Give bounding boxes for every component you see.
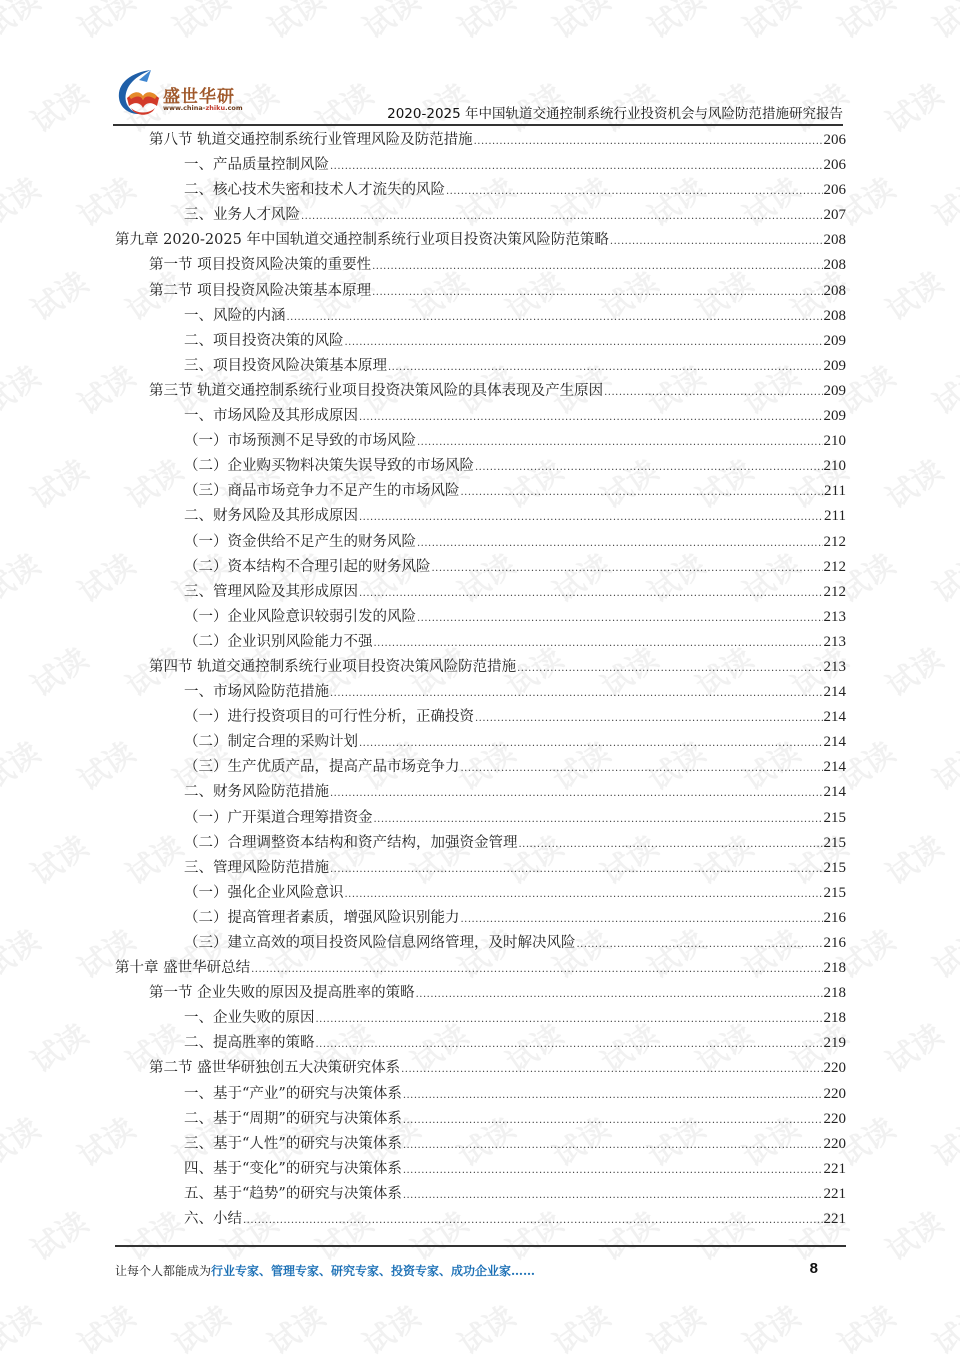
toc-entry-label: （一）进行投资项目的可行性分析，正确投资 [184,705,474,730]
toc-entry-page: 213 [824,655,847,680]
toc-leader-dots [517,656,822,681]
toc-entry-page: 209 [824,379,847,404]
document-page: 盛世华研 www.china-zhiku.com 2020-2025 年中国轨道… [0,0,960,1357]
page-header: 盛世华研 www.china-zhiku.com 2020-2025 年中国轨道… [113,64,843,126]
toc-entry[interactable]: 一、市场风险防范措施214 [115,680,846,705]
toc-entry-page: 209 [824,354,847,379]
toc-entry-page: 218 [824,956,847,981]
toc-leader-dots [345,882,823,907]
toc-entry[interactable]: （一）资金供给不足产生的财务风险212 [115,530,846,555]
toc-entry-label: （三）商品市场竞争力不足产生的市场风险 [184,479,460,504]
toc-entry-page: 215 [824,806,847,831]
toc-entry-page: 221 [824,1157,847,1182]
toc-leader-dots [301,204,823,229]
toc-leader-dots [403,1183,823,1208]
page-number: 8 [810,1260,818,1277]
toc-leader-dots [403,1133,823,1158]
logo-url-highlight: zhiku [206,104,226,112]
toc-entry-label: 四、基于“变化”的研究与决策体系 [184,1157,402,1182]
toc-entry-page: 214 [824,755,847,780]
toc-entry-label: 一、基于“产业”的研究与决策体系 [184,1082,402,1107]
toc-entry[interactable]: 三、项目投资风险决策基本原理209 [115,354,846,379]
toc-entry-page: 212 [824,580,847,605]
toc-leader-dots [316,1032,823,1057]
company-logo: 盛世华研 www.china-zhiku.com [113,68,248,118]
toc-leader-dots [461,907,823,932]
toc-leader-dots [374,807,823,832]
toc-entry[interactable]: 二、财务风险及其形成原因211 [115,504,846,529]
footer-divider [115,1245,846,1247]
toc-leader-dots [604,380,822,405]
toc-entry-page: 211 [824,504,846,529]
toc-leader-dots [519,832,823,857]
toc-entry[interactable]: 一、产品质量控制风险206 [115,153,846,178]
toc-entry[interactable]: （二）提高管理者素质，增强风险识别能力216 [115,906,846,931]
logo-url-prefix: www.china- [163,104,206,112]
toc-leader-dots [475,706,823,731]
toc-entry-label: 五、基于“趋势”的研究与决策体系 [184,1182,402,1207]
toc-entry[interactable]: 第二节 盛世华研独创五大决策研究体系220 [115,1056,846,1081]
toc-leader-dots [330,781,823,806]
logo-url: www.china-zhiku.com [163,104,243,112]
toc-leader-dots [417,531,823,556]
toc-leader-dots [330,681,823,706]
toc-leader-dots [474,129,823,154]
toc-entry-page: 207 [824,203,847,228]
toc-entry[interactable]: 三、业务人才风险207 [115,203,846,228]
toc-leader-dots [316,1007,823,1032]
toc-entry-label: 第四节 轨道交通控制系统行业项目投资决策风险防范措施 [149,655,516,680]
toc-entry-label: （一）企业风险意识较弱引发的风险 [184,605,416,630]
logo-url-suffix: .com [225,104,243,112]
toc-entry-page: 209 [824,329,847,354]
toc-entry-label: 三、管理风险防范措施 [184,856,329,881]
footer-slogan-prefix: 让每个人都能成为 [115,1264,211,1278]
toc-entry-label: （一）强化企业风险意识 [184,881,344,906]
toc-entry-page: 218 [824,1006,847,1031]
toc-leader-dots [416,982,823,1007]
toc-entry-page: 214 [824,680,847,705]
toc-entry[interactable]: （一）企业风险意识较弱引发的风险213 [115,605,846,630]
toc-leader-dots [388,355,823,380]
toc-entry-page: 208 [824,228,847,253]
toc-entry-page: 212 [824,555,847,580]
toc-leader-dots [359,505,823,530]
toc-entry[interactable]: 二、基于“周期”的研究与决策体系220 [115,1107,846,1132]
toc-entry-page: 220 [824,1107,847,1132]
toc-entry-label: （三）生产优质产品，提高产品市场竞争力 [184,755,460,780]
toc-entry-page: 209 [824,404,847,429]
toc-leader-dots [417,430,823,455]
toc-entry[interactable]: （一）市场预测不足导致的市场风险210 [115,429,846,454]
toc-entry-label: 二、项目投资决策的风险 [184,329,344,354]
toc-entry-label: 三、管理风险及其形成原因 [184,580,358,605]
toc-entry-label: 三、基于“人性”的研究与决策体系 [184,1132,402,1157]
toc-entry-label: 第二节 项目投资风险决策基本原理 [149,279,371,304]
toc-entry-page: 208 [824,304,847,329]
footer-slogan-highlight: 行业专家、管理专家、研究专家、投资专家、成功企业家…… [211,1264,535,1278]
toc-entry-page: 219 [824,1031,847,1056]
toc-entry-label: 一、市场风险及其形成原因 [184,404,358,429]
toc-entry-label: （二）制定合理的采购计划 [184,730,358,755]
toc-entry-label: （一）广开渠道合理筹措资金 [184,806,373,831]
toc-entry[interactable]: （一）进行投资项目的可行性分析，正确投资214 [115,705,846,730]
toc-entry-page: 220 [824,1082,847,1107]
toc-entry-page: 208 [824,279,847,304]
toc-entry[interactable]: （三）生产优质产品，提高产品市场竞争力214 [115,755,846,780]
toc-leader-dots [372,280,822,305]
toc-leader-dots [461,756,823,781]
logo-book-icon [113,68,163,118]
toc-entry-page: 221 [824,1182,847,1207]
toc-entry-label: 三、业务人才风险 [184,203,300,228]
toc-entry[interactable]: 第三节 轨道交通控制系统行业项目投资决策风险的具体表现及产生原因209 [115,379,846,404]
toc-entry-label: 第二节 盛世华研独创五大决策研究体系 [149,1056,400,1081]
toc-leader-dots [243,1208,823,1233]
toc-entry-page: 215 [824,831,847,856]
toc-entry-page: 215 [824,856,847,881]
toc-entry[interactable]: （二）合理调整资本结构和资产结构，加强资金管理215 [115,831,846,856]
toc-entry[interactable]: （二）企业购买物料决策失误导致的市场风险210 [115,454,846,479]
toc-entry[interactable]: （二）制定合理的采购计划214 [115,730,846,755]
toc-entry[interactable]: 第九章 2020-2025 年中国轨道交通控制系统行业项目投资决策风险防范策略2… [115,228,846,253]
toc-entry-page: 216 [824,906,847,931]
toc-entry-label: （二）资本结构不合理引起的财务风险 [184,555,431,580]
toc-entry[interactable]: 一、市场风险及其形成原因209 [115,404,846,429]
footer-slogan: 让每个人都能成为行业专家、管理专家、研究专家、投资专家、成功企业家…… [115,1262,535,1279]
toc-entry[interactable]: 二、提高胜率的策略219 [115,1031,846,1056]
toc-leader-dots [610,229,823,254]
toc-entry[interactable]: 一、风险的内涵208 [115,304,846,329]
header-divider [113,124,843,126]
toc-entry[interactable]: 第八节 轨道交通控制系统行业管理风险及防范措施206 [115,128,846,153]
toc-entry-page: 220 [824,1056,847,1081]
toc-leader-dots [403,1158,823,1183]
toc-leader-dots [359,405,823,430]
toc-entry-label: （三）建立高效的项目投资风险信息网络管理，及时解决风险 [184,931,576,956]
toc-leader-dots [432,556,823,581]
toc-entry-label: 一、风险的内涵 [184,304,286,329]
toc-entry-label: 第一节 项目投资风险决策的重要性 [149,253,371,278]
toc-entry-page: 215 [824,881,847,906]
toc-entry[interactable]: （二）企业识别风险能力不强213 [115,630,846,655]
toc-leader-dots [251,957,822,982]
toc-entry-label: （一）市场预测不足导致的市场风险 [184,429,416,454]
toc-entry[interactable]: 第一节 项目投资风险决策的重要性208 [115,253,846,278]
toc-entry[interactable]: 二、核心技术失密和技术人才流失的风险206 [115,178,846,203]
toc-entry-label: 第十章 盛世华研总结 [115,956,250,981]
toc-entry[interactable]: 三、管理风险防范措施215 [115,856,846,881]
toc-entry-page: 216 [824,931,847,956]
toc-entry-page: 210 [824,429,847,454]
toc-entry-label: （二）合理调整资本结构和资产结构，加强资金管理 [184,831,518,856]
toc-entry-page: 213 [824,630,847,655]
toc-entry-label: 二、基于“周期”的研究与决策体系 [184,1107,402,1132]
toc-leader-dots [330,857,823,882]
toc-leader-dots [577,932,823,957]
toc-entry-label: 第八节 轨道交通控制系统行业管理风险及防范措施 [149,128,473,153]
table-of-contents: 第八节 轨道交通控制系统行业管理风险及防范措施206一、产品质量控制风险206二… [115,128,846,1232]
toc-entry-page: 218 [824,981,847,1006]
toc-entry[interactable]: 六、小结221 [115,1207,846,1232]
toc-entry-page: 210 [824,454,847,479]
toc-entry-page: 206 [824,128,847,153]
toc-leader-dots [475,455,823,480]
toc-entry-page: 206 [824,153,847,178]
toc-leader-dots [359,731,823,756]
toc-entry[interactable]: 三、基于“人性”的研究与决策体系220 [115,1132,846,1157]
toc-entry[interactable]: （一）强化企业风险意识215 [115,881,846,906]
toc-entry-label: （二）企业识别风险能力不强 [184,630,373,655]
toc-entry[interactable]: 四、基于“变化”的研究与决策体系221 [115,1157,846,1182]
toc-entry-label: 二、财务风险防范措施 [184,780,329,805]
toc-entry-label: 一、市场风险防范措施 [184,680,329,705]
toc-entry-page: 214 [824,730,847,755]
toc-leader-dots [417,606,823,631]
toc-entry-label: （二）提高管理者素质，增强风险识别能力 [184,906,460,931]
toc-entry-page: 211 [824,479,846,504]
toc-entry-label: 二、财务风险及其形成原因 [184,504,358,529]
toc-entry-page: 206 [824,178,847,203]
toc-entry-label: 六、小结 [184,1207,242,1232]
toc-leader-dots [359,581,823,606]
toc-entry[interactable]: （三）建立高效的项目投资风险信息网络管理，及时解决风险216 [115,931,846,956]
toc-entry[interactable]: 第一节 企业失败的原因及提高胜率的策略218 [115,981,846,1006]
toc-entry[interactable]: （二）资本结构不合理引起的财务风险212 [115,555,846,580]
toc-entry-label: 一、企业失败的原因 [184,1006,315,1031]
toc-leader-dots [461,480,824,505]
toc-entry-page: 221 [824,1207,847,1232]
page-footer: 让每个人都能成为行业专家、管理专家、研究专家、投资专家、成功企业家…… 8 [115,1262,846,1282]
toc-entry-page: 214 [824,780,847,805]
toc-leader-dots [446,179,823,204]
toc-entry-page: 208 [824,253,847,278]
toc-entry-label: （二）企业购买物料决策失误导致的市场风险 [184,454,474,479]
toc-entry-label: 二、提高胜率的策略 [184,1031,315,1056]
toc-leader-dots [374,631,823,656]
toc-entry[interactable]: （三）商品市场竞争力不足产生的市场风险211 [115,479,846,504]
report-title: 2020-2025 年中国轨道交通控制系统行业投资机会与风险防范措施研究报告 [387,102,843,122]
toc-leader-dots [372,254,822,279]
toc-leader-dots [345,330,823,355]
toc-entry[interactable]: 二、财务风险防范措施214 [115,780,846,805]
toc-entry-label: 第三节 轨道交通控制系统行业项目投资决策风险的具体表现及产生原因 [149,379,603,404]
toc-entry[interactable]: 三、管理风险及其形成原因212 [115,580,846,605]
toc-leader-dots [403,1083,823,1108]
toc-entry-label: 二、核心技术失密和技术人才流失的风险 [184,178,445,203]
toc-entry[interactable]: （一）广开渠道合理筹措资金215 [115,806,846,831]
toc-entry[interactable]: 第四节 轨道交通控制系统行业项目投资决策风险防范措施213 [115,655,846,680]
toc-entry-page: 220 [824,1132,847,1157]
toc-entry[interactable]: 五、基于“趋势”的研究与决策体系221 [115,1182,846,1207]
toc-entry[interactable]: 一、企业失败的原因218 [115,1006,846,1031]
toc-entry[interactable]: 第十章 盛世华研总结218 [115,956,846,981]
toc-entry-label: 三、项目投资风险决策基本原理 [184,354,387,379]
toc-leader-dots [330,154,823,179]
toc-entry-label: 第一节 企业失败的原因及提高胜率的策略 [149,981,415,1006]
toc-entry-page: 212 [824,530,847,555]
toc-entry[interactable]: 一、基于“产业”的研究与决策体系220 [115,1082,846,1107]
toc-entry-page: 213 [824,605,847,630]
toc-entry[interactable]: 第二节 项目投资风险决策基本原理208 [115,279,846,304]
toc-entry[interactable]: 二、项目投资决策的风险209 [115,329,846,354]
toc-entry-page: 214 [824,705,847,730]
toc-entry-label: （一）资金供给不足产生的财务风险 [184,530,416,555]
toc-leader-dots [403,1108,823,1133]
toc-leader-dots [287,305,823,330]
toc-leader-dots [401,1057,822,1082]
toc-entry-label: 第九章 2020-2025 年中国轨道交通控制系统行业项目投资决策风险防范策略 [115,228,609,253]
toc-entry-label: 一、产品质量控制风险 [184,153,329,178]
